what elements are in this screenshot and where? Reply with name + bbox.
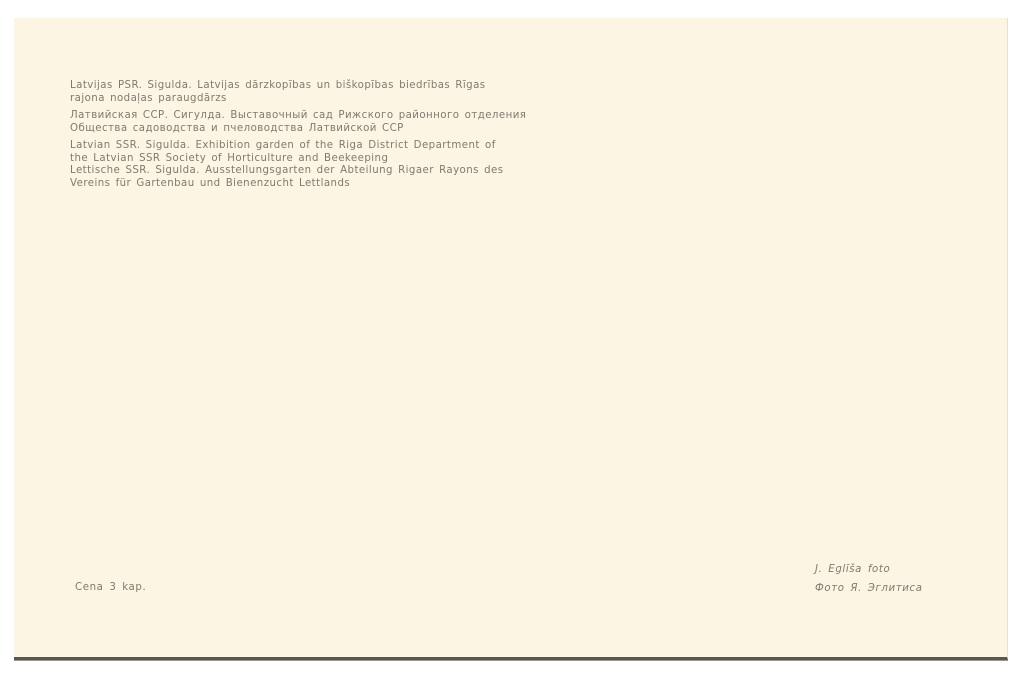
price-label: Cena 3 kap.	[75, 582, 146, 593]
caption-block: Latvijas PSR. Sigulda. Latvijas dārzkopī…	[70, 80, 630, 190]
caption-russian: Латвийская ССР. Сигулда. Выставочный сад…	[70, 110, 630, 135]
caption-german: Lettische SSR. Sigulda. Ausstellungsgart…	[70, 165, 630, 190]
caption-latvian: Latvijas PSR. Sigulda. Latvijas dārzkopī…	[70, 80, 630, 105]
caption-english: Latvian SSR. Sigulda. Exhibition garden …	[70, 140, 630, 165]
postcard-back: Latvijas PSR. Sigulda. Latvijas dārzkopī…	[14, 18, 1008, 660]
photo-credit-russian: Фото Я. Эглитиса	[815, 579, 923, 598]
photo-credits: J. Eglīša foto Фото Я. Эглитиса	[815, 560, 923, 598]
photo-credit-latvian: J. Eglīša foto	[815, 560, 923, 579]
